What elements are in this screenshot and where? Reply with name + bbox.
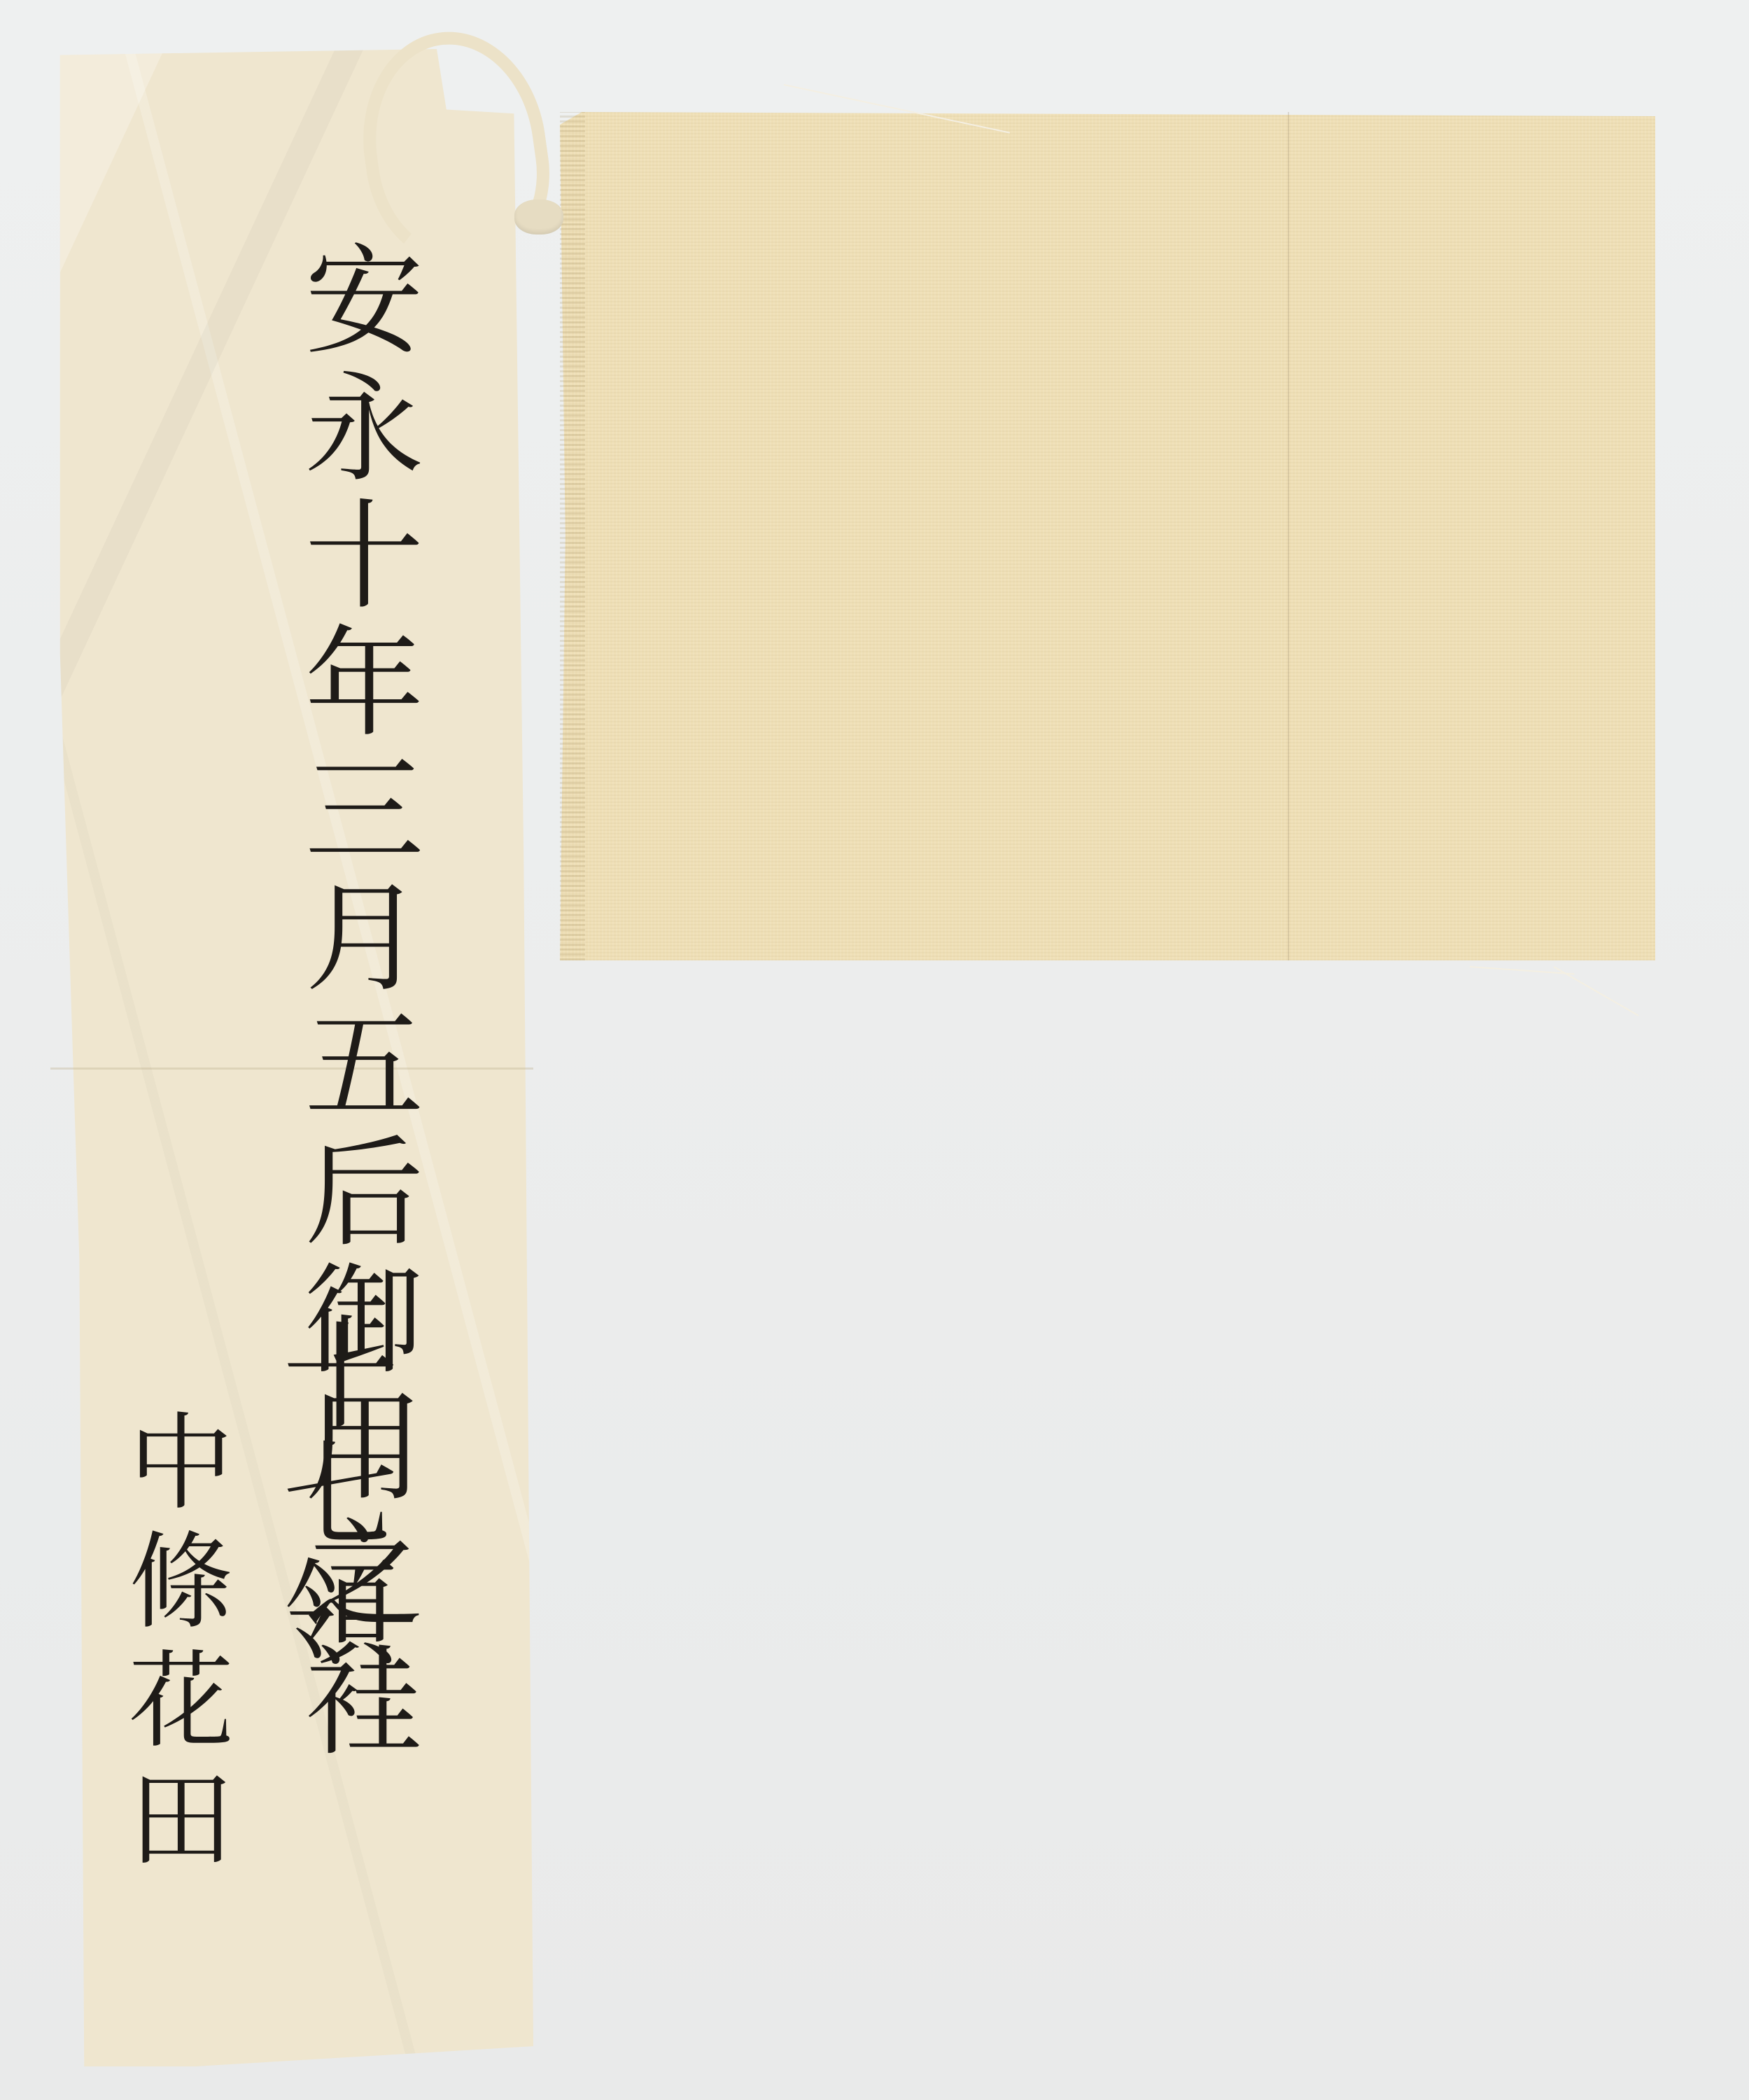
silk-fabric-swatch	[560, 112, 1655, 960]
string-knot	[514, 199, 563, 234]
fabric-selvedge	[560, 112, 585, 960]
fabric-crease	[1288, 112, 1289, 960]
inscription-column-3: 中條花田	[119, 1407, 224, 1883]
inscription-column-2: 十七領	[273, 1316, 388, 1671]
